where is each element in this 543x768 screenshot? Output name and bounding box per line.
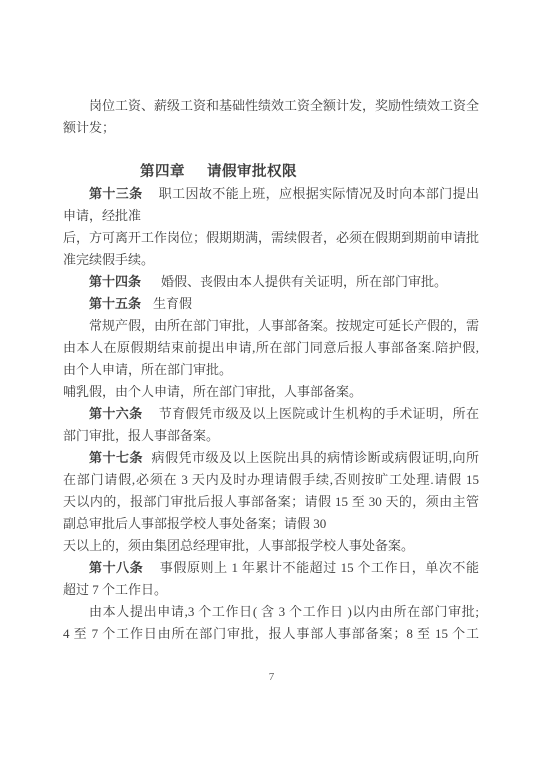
document-page: 岗位工资、薪级工资和基础性绩效工资全额计发，奖励性绩效工资全额计发；第四章请假审… [0,0,543,768]
text-segment: 婚假、丧假由本人提供有关证明，所在部门审批。 [161,274,447,289]
article-label: 第十八条 [89,560,143,575]
text-segment: 天以上的，须由集团总经理审批，人事部报学校人事处备案。 [63,538,414,553]
document-body: 岗位工资、薪级工资和基础性绩效工资全额计发，奖励性绩效工资全额计发；第四章请假审… [63,95,479,645]
blank-line [63,139,479,161]
text-segment: 哺乳假，由个人申请，所在部门审批，人事部备案。 [63,384,362,399]
text-line: 由本人提出申请,3 个工作日( 含 3 个工作日 )以内由所在部门审批; [63,601,479,623]
article-label: 第十四条 [89,274,141,289]
text-segment: 岗位工资、薪级工资和基础性绩效工资全额计发，奖励性绩效工资全 [89,98,479,113]
text-line: 第十七条病假凭市级及以上医院出具的病情诊断或病假证明,向所 [63,447,479,469]
text-segment: 职工因故不能上班，应根据实际情况及时向本部门提出 [158,186,479,201]
text-line: 岗位工资、薪级工资和基础性绩效工资全额计发，奖励性绩效工资全 [63,95,479,117]
text-line: 天以内的，报部门审批后报人事部备案；请假 15 至 30 天的，须由主管 [63,491,479,513]
text-line: 第十三条职工因故不能上班，应根据实际情况及时向本部门提出 [63,183,479,205]
text-segment: 额计发； [63,120,115,135]
text-line: 由本人在原假期结束前提出申请,所在部门同意后报人事部备案.陪护假, [63,337,479,359]
text-segment: 由个人申请，所在部门审批。 [63,362,232,377]
page-number: 7 [0,669,543,685]
text-segment: 事假原则上 1 年累计不能超过 15 个工作日，单次不能 [159,560,479,575]
text-segment: 常规产假，由所在部门审批，人事部备案。按规定可延长产假的，需 [89,318,479,333]
text-line: 第十八条事假原则上 1 年累计不能超过 15 个工作日，单次不能 [63,557,479,579]
text-segment: 准完续假手续。 [63,252,154,267]
text-segment: 副总审批后人事部报学校人事处备案；请假 30 [63,516,326,531]
text-segment: 部门审批，报人事部备案。 [63,428,219,443]
label-gap [141,307,153,308]
article-label: 第十七条 [89,450,143,465]
text-line: 第十四条婚假、丧假由本人提供有关证明，所在部门审批。 [63,271,479,293]
text-line: 天以上的，须由集团总经理审批，人事部报学校人事处备案。 [63,535,479,557]
text-line: 额计发； [63,117,479,139]
label-gap [142,197,158,198]
text-segment: 生育假 [153,296,192,311]
text-line: 准完续假手续。 [63,249,479,271]
text-line: 4 至 7 个工作日由所在部门审批，报人事部人事部备案；8 至 15 个工 [63,623,479,645]
text-segment: 由本人在原假期结束前提出申请,所在部门同意后报人事部备案.陪护假, [63,340,479,355]
text-line: 哺乳假，由个人申请，所在部门审批，人事部备案。 [63,381,479,403]
text-line: 由个人申请，所在部门审批。 [63,359,479,381]
label-gap [143,571,159,572]
text-segment: 在部门请假,必须在 3 天内及时办理请假手续,否则按旷工处理.请假 15 [63,472,479,487]
text-segment: 由本人提出申请,3 个工作日( 含 3 个工作日 )以内由所在部门审批; [89,604,479,619]
text-segment: 超过 7 个工作日。 [63,582,167,597]
text-line: 第十六条节育假凭市级及以上医院或计生机构的手术证明，所在 [63,403,479,425]
text-segment: 天以内的，报部门审批后报人事部备案；请假 15 至 30 天的，须由主管 [63,494,479,509]
text-segment: 申请，经批准 [63,208,141,223]
text-segment: 4 至 7 个工作日由所在部门审批，报人事部人事部备案；8 至 15 个工 [63,626,479,641]
article-label: 第十六条 [89,406,142,421]
text-segment: 后，方可离开工作岗位；假期期满，需续假者，必须在假期到期前申请批 [63,230,479,245]
text-segment: 节育假凭市级及以上医院或计生机构的手术证明，所在 [158,406,479,421]
article-label: 第十五条 [89,296,141,311]
label-gap [141,285,161,286]
text-line: 申请，经批准 [63,205,479,227]
chapter-heading: 第四章请假审批权限 [63,161,479,183]
text-line: 常规产假，由所在部门审批，人事部备案。按规定可延长产假的，需 [63,315,479,337]
label-gap [143,461,151,462]
label-gap [185,175,207,176]
article-label: 第十三条 [89,186,142,201]
text-line: 后，方可离开工作岗位；假期期满，需续假者，必须在假期到期前申请批 [63,227,479,249]
text-line: 副总审批后人事部报学校人事处备案；请假 30 [63,513,479,535]
text-line: 第十五条生育假 [63,293,479,315]
label-gap [142,417,158,418]
text-line: 在部门请假,必须在 3 天内及时办理请假手续,否则按旷工处理.请假 15 [63,469,479,491]
text-line: 超过 7 个工作日。 [63,579,479,601]
text-line: 部门审批，报人事部备案。 [63,425,479,447]
article-label: 第四章 [140,164,185,180]
text-segment: 病假凭市级及以上医院出具的病情诊断或病假证明,向所 [151,450,479,465]
article-label: 请假审批权限 [207,164,297,180]
